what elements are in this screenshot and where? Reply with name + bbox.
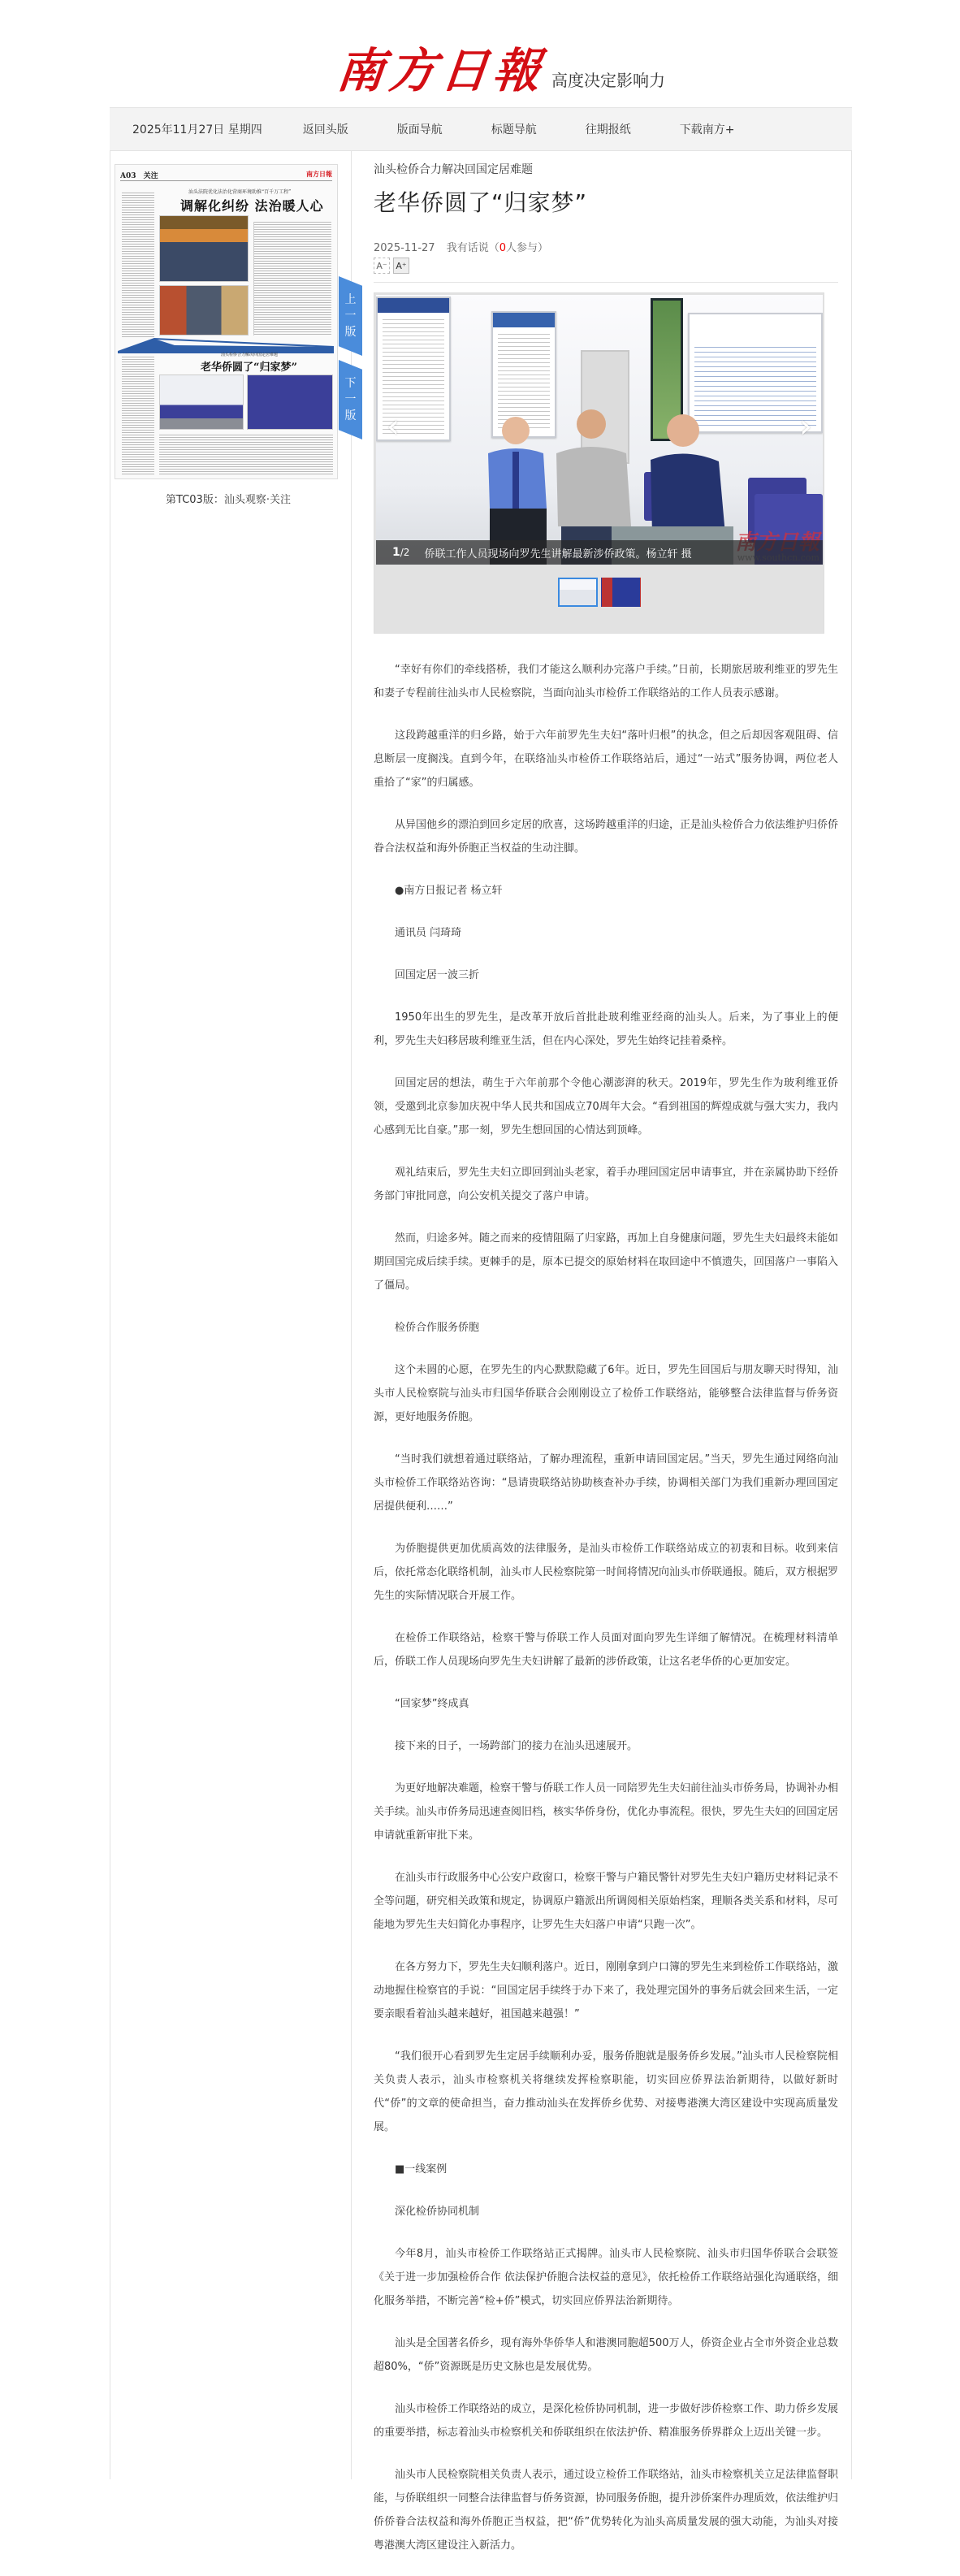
thumb-divider-band <box>118 337 334 353</box>
page-caption: 第TC03版：汕头观察·关注 <box>110 491 346 506</box>
next-label-char: 一 <box>345 392 357 408</box>
paragraph: 1950年出生的罗先生，是改革开放后首批赴玻利维亚经商的汕头人。后来，为了事业上… <box>374 1006 838 1053</box>
column-divider <box>351 151 352 2479</box>
comment-link[interactable]: 我有话说（0人参与） <box>447 242 548 254</box>
photo-caption-bar: 1/2 侨联工作人员现场向罗先生讲解最新涉侨政策。杨立轩 摄 <box>376 540 823 565</box>
thumb-bottom-headline: 老华侨圆了“归家梦” <box>201 358 297 374</box>
thumb-top-kicker: 汕头法院优化法治化营商环境助推“百千万工程” <box>188 188 291 195</box>
comment-count: 0 <box>499 242 506 254</box>
thumb-page-label: A03 <box>120 172 136 180</box>
section-heading: 回国定居一波三折 <box>374 963 838 987</box>
gallery-thumbnails <box>374 578 824 607</box>
paragraph: 汕头是全国著名侨乡，现有海外华侨华人和港澳同胞超500万人，侨资企业占全市外资企… <box>374 2331 838 2379</box>
paragraph: 这段跨越重洋的归乡路，始于六年前罗先生夫妇“落叶归根”的执念，但之后却因客观阻碍… <box>374 724 838 794</box>
article: 汕头检侨合力解决回国定居难题 老华侨圆了“归家梦” 2025-11-27 我有话… <box>374 151 841 2576</box>
thumb-page-header: A03 关注 南方日報 <box>120 170 332 181</box>
prev-label-char: 上 <box>345 292 357 308</box>
article-date: 2025-11-27 <box>374 242 435 254</box>
thumb-photo-12309-center <box>247 374 333 430</box>
section-heading: “回家梦”终成真 <box>374 1692 838 1716</box>
site-header: 南方日報 高度决定影响力 <box>0 0 960 107</box>
font-increase-button[interactable]: A⁺ <box>393 258 409 274</box>
article-meta: 2025-11-27 我有话说（0人参与） <box>374 239 841 254</box>
section-heading: 检侨合作服务侨胞 <box>374 1316 838 1340</box>
article-kicker: 汕头检侨合力解决回国定居难题 <box>374 161 841 177</box>
thumb-text-column <box>122 193 154 337</box>
thumb-top-headline: 调解化纠纷 法治暖人心 <box>180 196 324 214</box>
prev-label-char: 一 <box>345 308 357 324</box>
paragraph: 在检侨工作联络站，检察干警与侨联工作人员面对面向罗先生详细了解情况。在梳理材料清… <box>374 1626 838 1673</box>
prev-page-button[interactable]: 上 一 版 <box>339 276 362 356</box>
paragraph: 从异国他乡的漂泊到回乡定居的欣喜，这场跨越重洋的归途，正是汕头检侨合力依法维护归… <box>374 813 838 860</box>
thumb-text-block <box>159 435 333 475</box>
font-decrease-button[interactable]: A⁻ <box>374 258 390 274</box>
paragraph: 在各方努力下，罗先生夫妇顺利落户。近日，刚刚拿到户口簿的罗先生来到检侨工作联络站… <box>374 1955 838 2026</box>
newspaper-page-thumbnail[interactable]: A03 关注 南方日報 汕头法院优化法治化营商环境助推“百千万工程” 调解化纠纷… <box>115 164 338 479</box>
thumb-photo-mediation-room <box>159 215 249 282</box>
thumb-photo-meeting <box>159 285 249 336</box>
nav-back-to-front-page[interactable]: 返回头版 <box>303 121 348 137</box>
gallery-thumbnail-1[interactable] <box>558 578 598 607</box>
font-size-controls: A⁻ A⁺ <box>374 258 841 274</box>
paragraph: 汕头市检侨工作联络站的成立，是深化检侨协同机制，进一步做好涉侨检察工作、助力侨乡… <box>374 2397 838 2444</box>
gallery-photo: ‹ › 南方日報 www.southcn.com <box>376 295 823 565</box>
gallery-next-arrow[interactable]: › <box>795 409 816 444</box>
thumb-text-column <box>122 357 154 474</box>
thumb-photo-waiting-room <box>159 374 244 430</box>
issue-date: 2025年11月27日 星期四 <box>132 121 262 137</box>
thumb-logo: 南方日報 <box>306 170 332 179</box>
gallery-thumbnail-2[interactable] <box>601 578 641 607</box>
thumb-section: 关注 <box>144 172 158 180</box>
photo-caption: 侨联工作人员现场向罗先生讲解最新涉侨政策。杨立轩 摄 <box>424 545 691 561</box>
paragraph: 为侨胞提供更加优质高效的法律服务，是汕头市检侨工作联络站成立的初衷和目标。收到来… <box>374 1537 838 1608</box>
paragraph: “我们很开心看到罗先生定居手续顺利办妥，服务侨胞就是服务侨乡发展。”汕头市人民检… <box>374 2045 838 2139</box>
gallery-prev-arrow[interactable]: ‹ <box>383 409 404 444</box>
photo-index: 1 <box>392 546 400 559</box>
paragraph: 回国定居的想法，萌生于六年前那个令他心潮澎湃的秋天。2019年，罗先生作为玻利维… <box>374 1072 838 1142</box>
nav-download-app[interactable]: 下载南方+ <box>680 121 735 137</box>
comment-prefix: 我有话说（ <box>447 242 499 254</box>
article-body: “幸好有你们的牵线搭桥，我们才能这么顺利办完落户手续。”日前，长期旅居玻利维亚的… <box>374 658 838 2557</box>
paragraph: 接下来的日子，一场跨部门的接力在汕头迅速展开。 <box>374 1734 838 1758</box>
nav-page-navigation[interactable]: 版面导航 <box>397 121 443 137</box>
byline-correspondent: 通讯员 闫琦琦 <box>374 921 838 945</box>
paragraph: “幸好有你们的牵线搭桥，我们才能这么顺利办完落户手续。”日前，长期旅居玻利维亚的… <box>374 658 838 705</box>
article-title: 老华侨圆了“归家梦” <box>374 185 841 218</box>
photo-counter: 1/2 <box>392 546 409 559</box>
byline-reporter: ●南方日报记者 杨立轩 <box>374 879 838 903</box>
prev-label-char: 版 <box>345 324 357 340</box>
thumb-text-block <box>253 222 331 336</box>
photo-gallery: ‹ › 南方日報 www.southcn.com 1/2 侨联工作人员现场向罗先… <box>374 292 824 634</box>
paragraph: “当时我们就想着通过联络站，了解办理流程，重新申请回国定居。”当天，罗先生通过网… <box>374 1448 838 1518</box>
paragraph: 观礼结束后，罗先生夫妇立即回到汕头老家，着手办理回国定居申请事宜，并在亲属协助下… <box>374 1161 838 1208</box>
thumb-bottom-kicker: 汕头检侨合力解决回国定居难题 <box>221 352 278 357</box>
next-page-button[interactable]: 下 一 版 <box>339 360 362 439</box>
nav-past-issues[interactable]: 往期报纸 <box>586 121 631 137</box>
comment-suffix: 人参与） <box>506 242 548 254</box>
paragraph: 这个未圆的心愿，在罗先生的内心默默隐藏了6年。近日，罗先生回国后与朋友聊天时得知… <box>374 1358 838 1429</box>
next-label-char: 版 <box>345 408 357 424</box>
paragraph: 为更好地解决难题，检察干警与侨联工作人员一同陪罗先生夫妇前往汕头市侨务局，协调补… <box>374 1777 838 1847</box>
photo-total: /2 <box>400 547 410 558</box>
paragraph: 然而，归途多舛。随之而来的疫情阻隔了归家路，再加上自身健康问题，罗先生夫妇最终未… <box>374 1227 838 1297</box>
site-logo[interactable]: 南方日報 高度决定影响力 <box>337 45 665 96</box>
section-heading: 深化检侨协同机制 <box>374 2200 838 2223</box>
logo-wordmark: 南方日報 <box>335 45 548 96</box>
paragraph: 汕头市人民检察院相关负责人表示，通过设立检侨工作联络站，汕头市检察机关立足法律监… <box>374 2463 838 2557</box>
header-divider <box>374 282 838 283</box>
nav-title-navigation[interactable]: 标题导航 <box>491 121 537 137</box>
logo-tagline: 高度决定影响力 <box>551 67 665 91</box>
sidebar-label: ■一线案例 <box>374 2158 838 2181</box>
paragraph: 今年8月，汕头市检侨工作联络站正式揭牌。汕头市人民检察院、汕头市归国华侨联合会联… <box>374 2242 838 2313</box>
next-label-char: 下 <box>345 375 357 392</box>
paragraph: 在汕头市行政服务中心公安户政窗口，检察干警与户籍民警针对罗先生夫妇户籍历史材料记… <box>374 1866 838 1937</box>
top-navbar: 2025年11月27日 星期四 返回头版 版面导航 标题导航 往期报纸 下载南方… <box>110 107 852 151</box>
